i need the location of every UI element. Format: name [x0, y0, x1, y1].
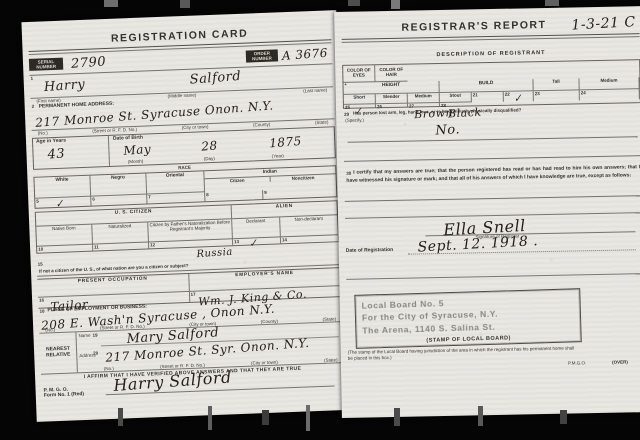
nation-row-number: 15: [38, 261, 43, 266]
description-table: * HEIGHT BUILD COLOR OF EYES COLOR OF HA…: [342, 60, 640, 109]
tall-number: 21: [473, 92, 478, 97]
registration-card: REGISTRATION CARD SERIAL NUMBER 2790 ORD…: [21, 10, 351, 422]
dob-day-value: 28: [201, 138, 218, 153]
local-board-stamp-box: Local Board No. 5 For the City of Syracu…: [354, 288, 582, 349]
disqualified-number: 29: [344, 112, 349, 117]
native-born-header: Native Born: [36, 225, 93, 246]
registrars-report-card: REGISTRAR'S REPORT 1-3-21 C DESCRIPTION …: [334, 6, 640, 418]
relative-sublabel-no: (No.): [104, 366, 114, 371]
slender-number: 24: [581, 90, 586, 95]
scan-artifact: [306, 405, 310, 431]
address-sublabel-city: (City or town): [182, 124, 209, 130]
stout-cell: 26: [376, 103, 408, 107]
non-declarant-header: Non-declarant: [280, 216, 338, 237]
relative-address-number: 20: [93, 350, 98, 355]
last-name-value: Salford: [189, 69, 241, 88]
registrars-report-title: REGISTRAR'S REPORT: [401, 19, 546, 34]
relative-sublabel-state: (State): [324, 357, 338, 363]
naturalized-number: 11: [94, 244, 99, 249]
name-row-number: 1: [31, 76, 34, 81]
employment-sublabel-county: (County): [261, 319, 278, 325]
race-white-checkmark: ✓: [54, 199, 65, 212]
citizen-by-father-number: 12: [150, 242, 155, 247]
race-indian-citizen-cell: 8: [205, 190, 263, 201]
relative-name-label: Name: [78, 334, 90, 339]
stout-header: Stout: [440, 92, 472, 103]
certification-number: 30: [346, 171, 351, 176]
disqualified-question: Has person lost arm, leg, hand, eye, or …: [353, 106, 637, 116]
native-born-number: 10: [38, 246, 43, 251]
age-value: 43: [47, 146, 66, 162]
height-medium-cell: 22 ✓: [504, 91, 534, 102]
asterisk-note: *: [344, 83, 346, 89]
declarant-header: Declarant: [232, 218, 281, 239]
address-sublabel-county: (County): [253, 122, 270, 128]
relative-sublabel-city: (City or town): [251, 360, 278, 366]
relative-label: RELATIVE: [40, 352, 76, 359]
address-sublabel-state: (State): [315, 119, 329, 125]
scan-artifact: [348, 0, 360, 6]
color-of-hair-header: COLOR OF HAIR: [375, 65, 407, 83]
non-declarant-number: 14: [282, 237, 287, 242]
address-row-label: PERMANENT HOME ADDRESS:: [39, 102, 115, 111]
disqualified-row: 29 Has person lost arm, leg, hand, eye, …: [343, 103, 640, 147]
tall-cell: 21: [472, 91, 504, 102]
serial-number-label: SERIAL NUMBER: [29, 57, 63, 71]
race-negro-header: Negro: [90, 173, 147, 197]
employment-sublabel-no: (No.): [45, 327, 55, 332]
form-number-line2: Form No. 1 (Red): [44, 393, 84, 400]
scanned-document-page: REGISTRATION CARD SERIAL NUMBER 2790 ORD…: [0, 0, 640, 440]
scan-artifact: [180, 0, 190, 8]
scan-artifact: [560, 410, 567, 424]
slender-header: Slender: [376, 93, 408, 104]
first-name-value: Harry: [43, 77, 85, 95]
relative-sublabel-street: (Street or R. F. D. No.): [160, 362, 205, 369]
race-oriental-number: 7: [148, 195, 151, 200]
race-indian-noncitizen-cell: 9: [263, 188, 336, 199]
slender-cell: 24: [580, 89, 640, 100]
race-white-number: 5: [36, 199, 39, 204]
race-white-header: White: [34, 176, 91, 200]
order-number-label: ORDER NUMBER: [246, 49, 278, 63]
dob-sublabel-day: (Day): [204, 157, 215, 162]
race-indian-noncitizen-header: Noncitizen: [271, 174, 336, 181]
order-number-value: A 3676: [281, 46, 328, 63]
address-sublabel-no: (No.): [38, 130, 48, 135]
naturalized-header: Naturalized: [92, 223, 149, 244]
scan-artifact: [262, 410, 269, 425]
dob-year-value: 1875: [269, 134, 302, 150]
declarant-number: 13: [234, 239, 239, 244]
short-cell: 23: [534, 90, 580, 101]
nation-answer: Russia: [196, 247, 233, 261]
age-cell: Age in Years 43: [33, 136, 110, 169]
eyes-cell: 27 Brown: [408, 103, 440, 107]
employment-row-number: 18: [39, 308, 44, 313]
race-indian-citizen-number: 8: [206, 193, 209, 198]
race-indian-citizen-header: Citizen: [205, 177, 271, 185]
dob-label: Date of Birth: [113, 136, 143, 143]
scan-artifact: [208, 406, 212, 430]
build-medium-cell: 25 ✓: [344, 104, 376, 108]
form-mark: P.M.G.O.: [568, 361, 586, 366]
race-oriental-header: Oriental: [146, 171, 205, 195]
short-header: Short: [344, 94, 376, 105]
height-medium-number: 22: [505, 91, 510, 96]
race-white-cell: 5 ✓: [35, 197, 91, 208]
disqualified-answer: No.: [435, 122, 460, 138]
short-number: 23: [535, 91, 540, 96]
occupation-number: 16: [39, 297, 44, 302]
date-of-registration-label: Date of Registration: [346, 248, 394, 255]
tall-header: Tall: [533, 79, 579, 91]
race-negro-number: 6: [92, 197, 95, 202]
report-footer: P.M.G.O. (OVER): [348, 360, 640, 371]
scan-artifact: [118, 408, 123, 426]
description-header: DESCRIPTION OF REGISTRANT: [436, 50, 545, 58]
scan-artifact: [391, 0, 400, 9]
form-number-block: P. M. G. O. Form No. 1 (Red): [44, 387, 85, 400]
scan-artifact: [478, 406, 483, 426]
scan-artifact: [545, 0, 559, 6]
build-medium-header: Medium: [408, 93, 440, 104]
height-medium-checkmark: ✓: [513, 92, 523, 104]
employer-number: 17: [190, 292, 195, 297]
serial-number-value: 2790: [71, 54, 107, 72]
scan-artifact: [394, 408, 400, 426]
hair-cell: 28 Black: [440, 102, 472, 106]
nearest-relative-side-label: NEAREST RELATIVE: [39, 332, 78, 373]
race-negro-cell: 6: [91, 195, 147, 206]
race-indian-noncitizen-number: 9: [264, 190, 267, 195]
dob-sublabel-year: (Year): [272, 154, 284, 159]
color-of-eyes-header: COLOR OF EYES: [343, 65, 375, 83]
race-oriental-cell: 7: [147, 193, 205, 204]
age-label: Age in Years: [36, 139, 66, 146]
address-row-number: 2: [32, 104, 35, 109]
dob-month-value: May: [123, 142, 152, 158]
disqualified-specify: (Specify.): [345, 118, 364, 123]
dob-sublabel-month: (Month): [128, 160, 144, 166]
over-label: (OVER): [612, 360, 628, 365]
report-handwritten-code: 1-3-21 C: [571, 14, 636, 33]
relative-name-number: 19: [92, 332, 97, 337]
scan-artifact: [104, 0, 118, 7]
employment-sublabel-state: (State): [322, 316, 336, 322]
dob-cell: Date of Birth May 28 1875 (Month) (Day) …: [109, 127, 335, 166]
